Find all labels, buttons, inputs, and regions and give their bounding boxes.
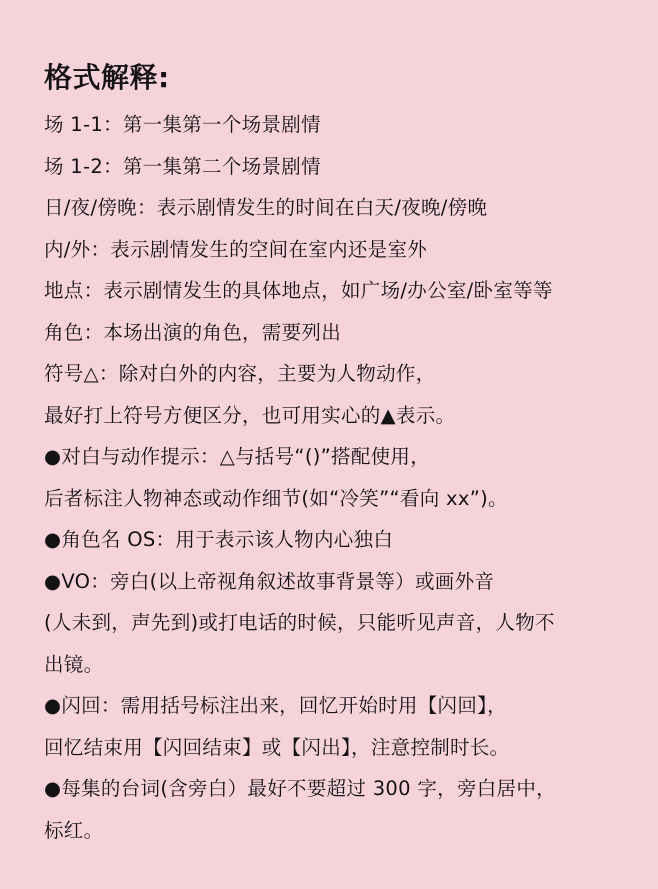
- dialogue-limit-bullet: ●每集的台词(含旁白）最好不要超过 300 字，旁白居中，: [44, 768, 644, 810]
- voice-over-cont-2: 出镜。: [44, 644, 644, 686]
- document-title: 格式解释:: [44, 56, 644, 100]
- flashback-bullet: ●闪回：需用括号标注出来，回忆开始时用【闪回】，: [44, 685, 644, 727]
- voice-over-bullet: ●VO：旁白(以上帝视角叙述故事背景等）或画外音: [44, 561, 644, 603]
- dialogue-limit-cont: 标红。: [44, 810, 644, 852]
- scene-1-2-definition: 场 1-2：第一集第二个场景剧情: [44, 146, 644, 188]
- characters-definition: 角色：本场出演的角色，需要列出: [44, 312, 644, 354]
- triangle-symbol-definition-cont: 最好打上符号方便区分，也可用实心的▲表示。: [44, 395, 644, 437]
- voice-over-cont-1: (人未到，声先到)或打电话的时候，只能听见声音，人物不: [44, 602, 644, 644]
- interior-exterior-definition: 内/外：表示剧情发生的空间在室内还是室外: [44, 229, 644, 271]
- time-of-day-definition: 日/夜/傍晚：表示剧情发生的时间在白天/夜晚/傍晚: [44, 187, 644, 229]
- triangle-symbol-definition: 符号△：除对白外的内容，主要为人物动作，: [44, 353, 644, 395]
- character-os-bullet: ●角色名 OS：用于表示该人物内心独白: [44, 519, 644, 561]
- location-definition: 地点：表示剧情发生的具体地点，如广场/办公室/卧室等等: [44, 270, 644, 312]
- flashback-cont: 回忆结束用【闪回结束】或【闪出】，注意控制时长。: [44, 727, 644, 769]
- dialogue-action-cue-bullet: ●对白与动作提示：△与括号“()”搭配使用，: [44, 436, 644, 478]
- dialogue-action-cue-cont: 后者标注人物神态或动作细节(如“冷笑”“看向 xx”)。: [44, 478, 644, 520]
- scene-1-1-definition: 场 1-1：第一集第一个场景剧情: [44, 104, 644, 146]
- format-explanation-document: 格式解释: 场 1-1：第一集第一个场景剧情 场 1-2：第一集第二个场景剧情 …: [44, 56, 644, 851]
